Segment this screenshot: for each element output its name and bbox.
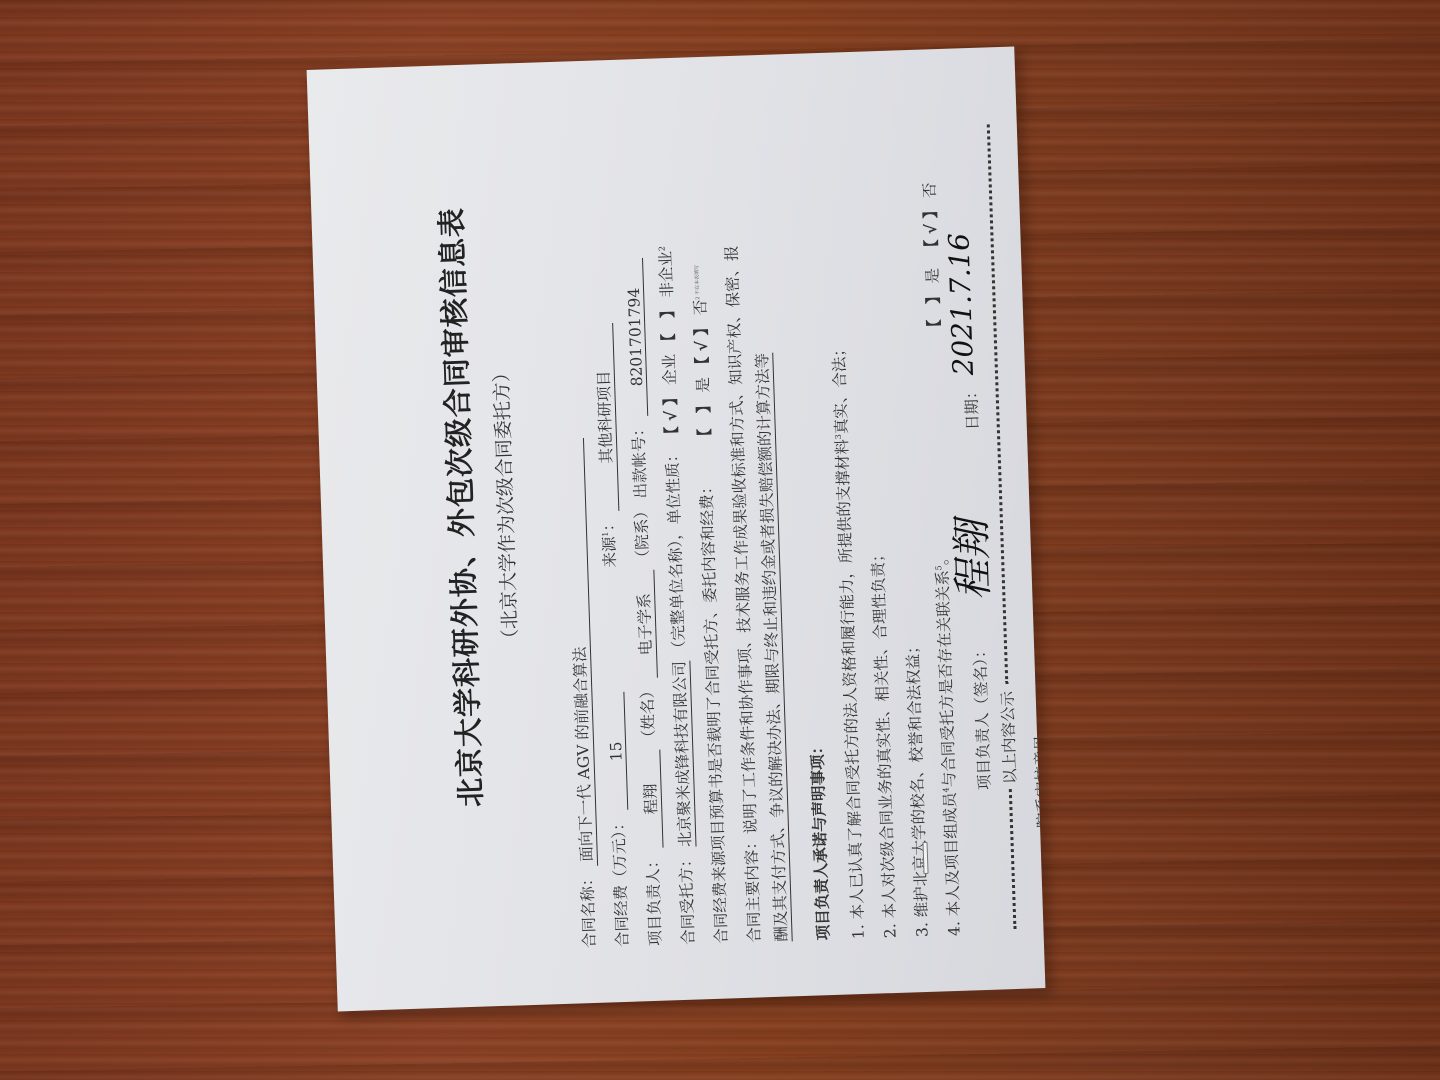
department-hint: （院系）: [632, 503, 652, 566]
account-value: 8201701794: [624, 258, 648, 417]
funding-value: 15: [605, 692, 628, 811]
leader-value: 程翔: [637, 750, 663, 849]
budget-yes-label: 是: [694, 377, 713, 393]
source-value: 其他科研项目: [590, 323, 619, 512]
commitment-item-1: 1. 本人已认真了解合同受托方的法人资格和履行能力，所提供的支撑材料3真实、合法…: [827, 341, 869, 940]
budget-question: 合同经费来源项目预算书是否载明了合同受托方、委托内容和经费：: [697, 479, 730, 944]
related-yes-checkbox[interactable]: 【 】: [924, 288, 944, 335]
funding-label: 合同经费（万元）：: [609, 815, 631, 947]
leader-label: 项目负责人：: [644, 853, 665, 947]
source-label: 来源1：: [600, 516, 620, 568]
contractor-value: 北京聚米成锋科技有限公司: [667, 661, 696, 848]
contractor-hint: （完整单位名称），单位性质：: [663, 447, 688, 657]
budget-no-checkbox[interactable]: 【 √ 】: [692, 320, 712, 373]
public-notice: 以上内容公示: [996, 691, 1021, 785]
budget-no-label: 否: [691, 299, 710, 315]
handwritten-date: 2021.7.16: [942, 232, 980, 376]
form-page: 北京大学科研外协、外包次级合同审核信息表 （北京大学作为次级合同委托方） 合同名…: [307, 47, 1046, 1012]
paper-sheet: 北京大学科研外协、外包次级合同审核信息表 （北京大学作为次级合同委托方） 合同名…: [307, 47, 1046, 1012]
notice-dots-right: [987, 124, 1009, 684]
non-enterprise-checkbox[interactable]: 【 】: [658, 302, 678, 349]
commitments-heading: 项目负责人承诺与声明事项：: [805, 739, 834, 941]
signature-label: 项目负责人（签名）：: [968, 642, 995, 790]
contractor-label: 合同受托方：: [677, 852, 698, 946]
staple-mark: [923, 842, 929, 874]
contract-name-row: 合同名称： 面向下一代 AGV 的前融合算法: [561, 438, 601, 949]
related-no-checkbox[interactable]: 【 √ 】: [921, 203, 941, 256]
department-value: 电子学系: [631, 570, 658, 679]
commitment-item-3: 3. 维护北京大学的校名、校誉和合法权益；: [901, 638, 933, 937]
non-enterprise-label: 非企业: [657, 251, 677, 298]
name-hint: （姓名）: [638, 683, 658, 746]
enterprise-label: 企业: [660, 354, 679, 386]
related-no-label: 否: [921, 182, 940, 198]
related-yes-label: 是: [923, 268, 942, 284]
contract-name-label: 合同名称：: [578, 870, 599, 948]
notice-dots-left: [1009, 789, 1017, 929]
contract-name-value: 面向下一代 AGV 的前融合算法: [561, 438, 598, 867]
commitment-item-2: 2. 本人对次级合同业务的真实性、相关性、合理性负责；: [866, 546, 901, 938]
account-label: 出款帐号：: [629, 421, 650, 499]
enterprise-checkbox[interactable]: 【 √ 】: [661, 390, 681, 443]
budget-yes-checkbox[interactable]: 【 】: [695, 397, 715, 444]
date-label: 日期：: [959, 383, 983, 430]
handwritten-signature: 程翔: [940, 519, 1000, 601]
